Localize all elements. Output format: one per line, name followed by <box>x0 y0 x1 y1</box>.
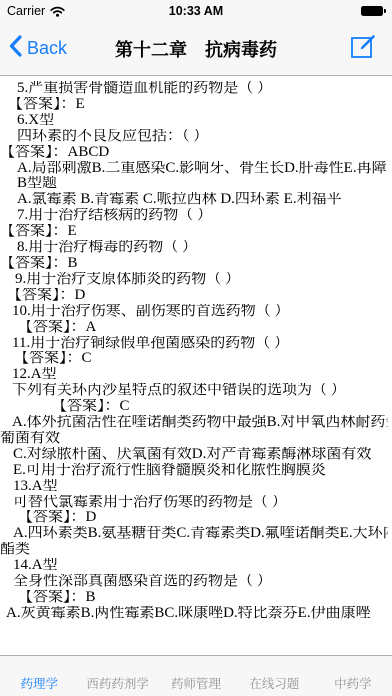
tab-item-2[interactable]: 西药药剂学 <box>78 656 156 696</box>
content-line: 葡菌有效 <box>0 431 388 447</box>
content-line: 全身性深部真菌感染首选的药物是（ ） <box>0 574 388 590</box>
tab-bar: 药理学西药药剂学药师管理在线习题中药学 <box>0 655 392 696</box>
content-line: 【答案】：A <box>0 320 388 336</box>
compose-button[interactable] <box>350 33 392 65</box>
content-line: 10.用于治疗伤寒、副伤寒的首选药物（ ） <box>0 304 388 320</box>
content-line: B型题 <box>0 176 388 192</box>
compose-icon <box>350 33 376 65</box>
content-line: 酯类 <box>0 542 388 558</box>
tab-item-5[interactable]: 中药学 <box>314 656 392 696</box>
content-line: 13.A型 <box>0 479 388 495</box>
content-line: 11.用于治疗铜绿假单孢菌感染的药物（ ） <box>0 336 388 352</box>
content-line: A.体外抗菌活性在喹诺酮类药物中最强B.对甲氧西林耐药金 <box>0 415 388 431</box>
content-line: 【答案】：C <box>0 351 388 367</box>
content-line: 9.用于治疗支原体肺炎的药物（ ） <box>0 272 388 288</box>
chevron-left-icon <box>8 35 22 62</box>
clock: 10:33 AM <box>0 4 392 18</box>
content-line: 四环素的不良反应包括：（ ） <box>0 129 388 145</box>
content-line: 14.A型 <box>0 558 388 574</box>
tab-item-4[interactable]: 在线习题 <box>235 656 313 696</box>
content-line: 【答案】：E <box>0 224 388 240</box>
content-line: 5.严重损害骨髓造血机能的药物是（ ） <box>0 81 388 97</box>
navigation-bar: Back 第十二章 抗病毒药 <box>0 22 392 76</box>
question-list[interactable]: 5.严重损害骨髓造血机能的药物是（ ）【答案】：E6.X型四环素的不良反应包括：… <box>0 76 392 655</box>
content-line: A.灰黄霉素B.两性霉素BC.咪康唑D.特比萘芬E.伊曲康唑 <box>0 606 388 622</box>
content-line: 可替代氯霉素用于治疗伤寒的药物是（ ） <box>0 495 388 511</box>
content-line: 7.用于治疗结核病的药物（ ） <box>0 208 388 224</box>
content-line: 下列有关环丙沙星特点的叙述中错误的选项为（ ） <box>0 383 388 399</box>
content-line: 【答案】：E <box>0 97 388 113</box>
status-bar: Carrier 10:33 AM <box>0 0 392 22</box>
back-button[interactable]: Back <box>0 35 67 62</box>
tab-item-3[interactable]: 药师管理 <box>157 656 235 696</box>
content-line: A.局部刺激B.二重感染C.影响牙、骨生长D.肝毒性E.再障 <box>0 161 388 177</box>
content-line: 【答案】：D <box>0 510 388 526</box>
content-line: 【答案】：C <box>0 399 388 415</box>
content-line: 【答案】：ABCD <box>0 145 388 161</box>
content-line: 6.X型 <box>0 113 388 129</box>
content-line: A.氯霉素 B.青霉素 C.哌拉西林 D.四环素 E.利福平 <box>0 192 388 208</box>
content-line: 8.用于治疗梅毒的药物（ ） <box>0 240 388 256</box>
content-line: C.对绿脓杆菌、厌氧菌有效D.对产青霉素酶淋球菌有效 <box>0 447 388 463</box>
back-button-label: Back <box>27 38 67 59</box>
content-line: A.四环素类B.氨基糖苷类C.青霉素类D.氟喹诺酮类E.大环内 <box>0 526 388 542</box>
content-line: 12.A型 <box>0 367 388 383</box>
content-line: 【答案】：D <box>0 288 388 304</box>
content-line: E.可用于治疗流行性脑脊髓膜炎和化脓性胸膜炎 <box>0 463 388 479</box>
content-line: 【答案】：B <box>0 590 388 606</box>
tab-item-1[interactable]: 药理学 <box>0 656 78 696</box>
app-screen: Carrier 10:33 AM Back <box>0 0 392 696</box>
content-line: 【答案】：B <box>0 256 388 272</box>
